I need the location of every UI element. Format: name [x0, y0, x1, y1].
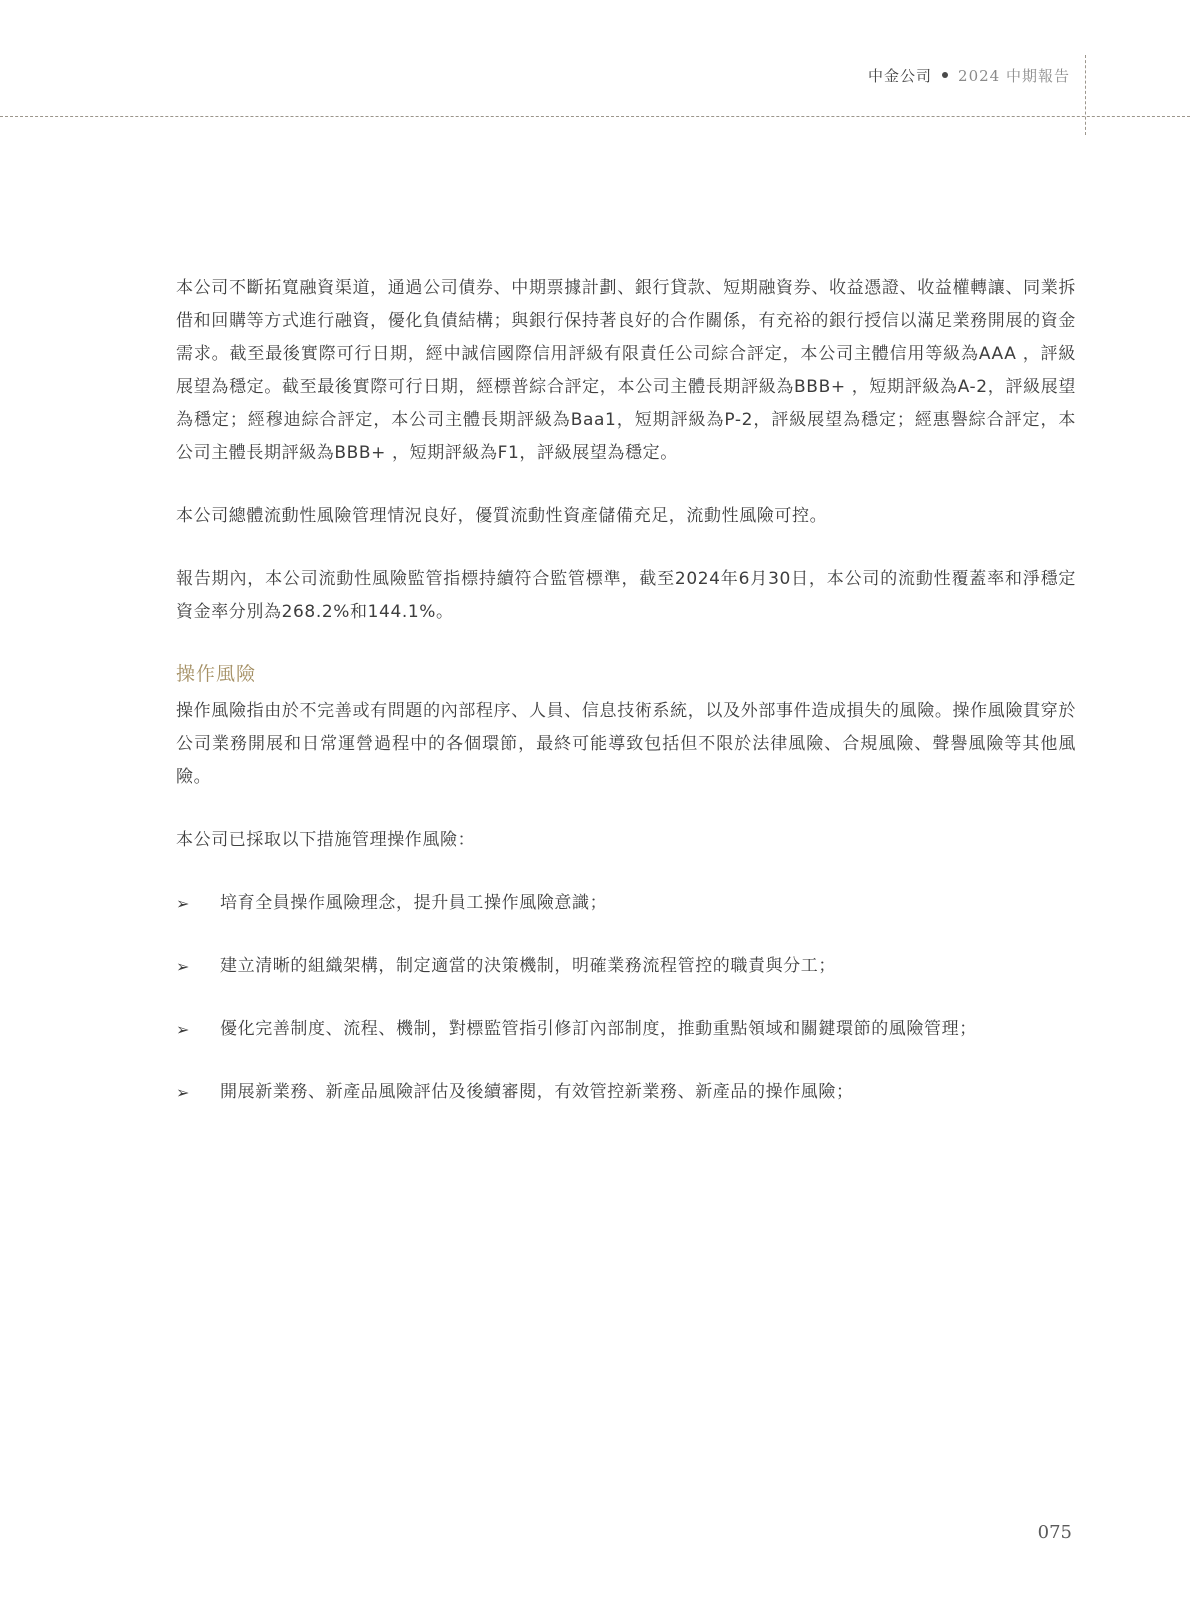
paragraph-measures-intro: 本公司已採取以下措施管理操作風險：: [176, 824, 1076, 857]
paragraph-operational-risk-definition: 操作風險指由於不完善或有問題的內部程序、人員、信息技術系統，以及外部事件造成損失…: [176, 695, 1076, 794]
list-item: ➢ 培育全員操作風險理念，提升員工操作風險意識；: [176, 887, 1076, 920]
list-item: ➢ 優化完善制度、流程、機制，對標監管指引修訂內部制度，推動重點領域和關鍵環節的…: [176, 1013, 1076, 1046]
section-title-operational-risk: 操作風險: [176, 657, 1076, 691]
running-header: 中金公司 2024 中期報告: [868, 60, 1070, 90]
list-item-text: 建立清晰的組織架構，制定適當的決策機制，明確業務流程管控的職責與分工；: [220, 950, 836, 983]
list-item: ➢ 開展新業務、新產品風險評估及後續審閱，有效管控新業務、新產品的操作風險；: [176, 1076, 1076, 1109]
paragraph-liquidity-overall: 本公司總體流動性風險管理情況良好，優質流動性資產儲備充足，流動性風險可控。: [176, 500, 1076, 533]
header-company: 中金公司: [868, 65, 932, 86]
header-report-title: 2024 中期報告: [958, 65, 1070, 86]
list-item-text: 開展新業務、新產品風險評估及後續審閱，有效管控新業務、新產品的操作風險；: [220, 1076, 854, 1109]
arrowhead-bullet-icon: ➢: [176, 1076, 220, 1109]
arrowhead-bullet-icon: ➢: [176, 950, 220, 983]
crop-mark-vertical: [1085, 55, 1086, 135]
page-body: 本公司不斷拓寬融資渠道，通過公司債券、中期票據計劃、銀行貸款、短期融資券、收益憑…: [176, 272, 1076, 1139]
paragraph-financing-channels: 本公司不斷拓寬融資渠道，通過公司債券、中期票據計劃、銀行貸款、短期融資券、收益憑…: [176, 272, 1076, 470]
arrowhead-bullet-icon: ➢: [176, 1013, 220, 1046]
list-item-text: 培育全員操作風險理念，提升員工操作風險意識；: [220, 887, 607, 920]
list-item: ➢ 建立清晰的組織架構，制定適當的決策機制，明確業務流程管控的職責與分工；: [176, 950, 1076, 983]
arrowhead-bullet-icon: ➢: [176, 887, 220, 920]
paragraph-liquidity-regulatory: 報告期內，本公司流動性風險監管指標持續符合監管標準，截至2024年6月30日，本…: [176, 563, 1076, 629]
page-number: 075: [1038, 1522, 1072, 1543]
measures-list: ➢ 培育全員操作風險理念，提升員工操作風險意識； ➢ 建立清晰的組織架構，制定適…: [176, 887, 1076, 1109]
header-dashed-rule: [0, 116, 1190, 117]
list-item-text: 優化完善制度、流程、機制，對標監管指引修訂內部制度，推動重點領域和關鍵環節的風險…: [220, 1013, 977, 1046]
header-separator-dot: [942, 72, 948, 78]
